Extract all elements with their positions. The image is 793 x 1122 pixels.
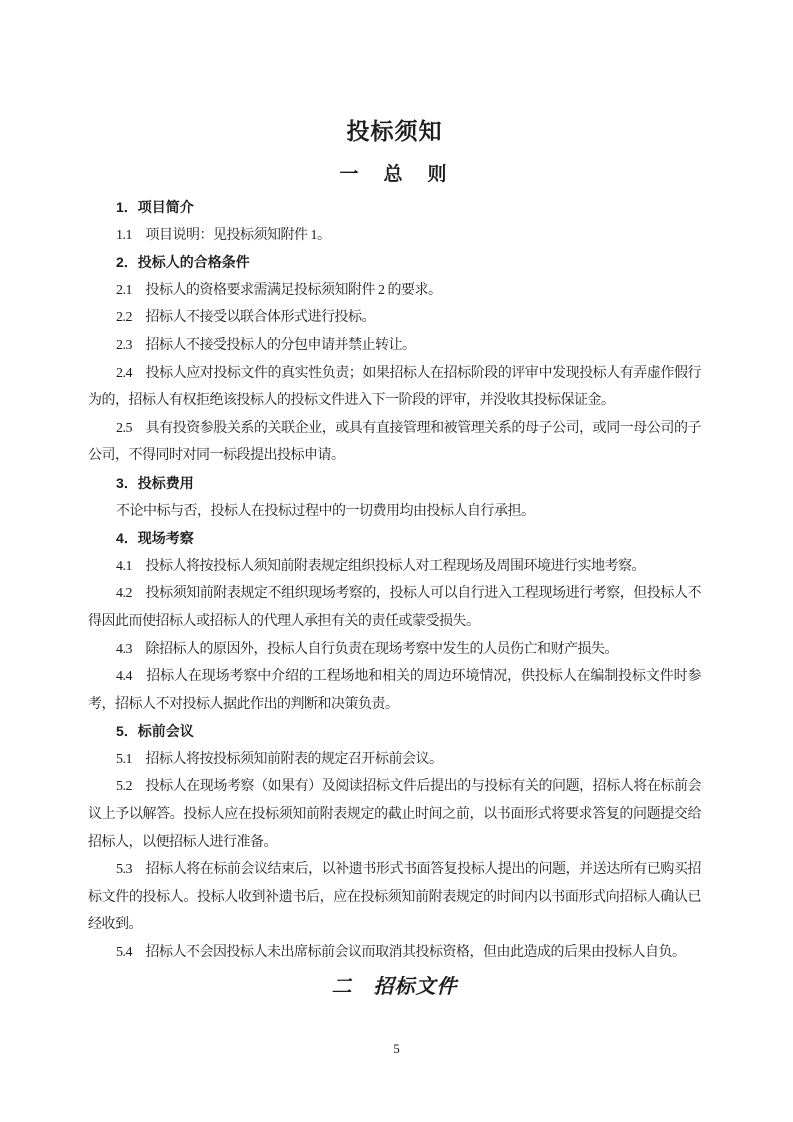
clause-4-2: 4.2 投标须知前附表规定不组织现场考察的，投标人可以自行进入工程现场进行考察，…: [88, 580, 701, 635]
clause-4-4: 4.4 招标人在现场考察中介绍的工程场地和相关的周边环境情况，供投标人在编制投标…: [88, 663, 701, 718]
document-page: 投标须知 一 总 则 1．项目简介 1.1 项目说明：见投标须知附件 1。 2．…: [0, 0, 793, 1122]
clause-3-text: 不论中标与否，投标人在投标过程中的一切费用均由投标人自行承担。: [88, 498, 701, 526]
clause-4-1: 4.1 投标人将按投标人须知前附表规定组织投标人对工程现场及周围环境进行实地考察…: [88, 553, 701, 581]
clause-2-3: 2.3 招标人不接受投标人的分包申请并禁止转让。: [88, 332, 701, 360]
clause-5-1: 5.1 招标人将按投标须知前附表的规定召开标前会议。: [88, 746, 701, 774]
clause-4-3: 4.3 除招标人的原因外，投标人自行负责在现场考察中发生的人员伤亡和财产损失。: [88, 636, 701, 664]
clause-5-2: 5.2 投标人在现场考察（如果有）及阅读招标文件后提出的与投标有关的问题，招标人…: [88, 773, 701, 856]
part-one-heading: 一 总 则: [88, 162, 701, 188]
clause-2-2: 2.2 招标人不接受以联合体形式进行投标。: [88, 304, 701, 332]
clause-5-4: 5.4 招标人不会因投标人未出席标前会议而取消其投标资格，但由此造成的后果由投标…: [88, 939, 701, 967]
section-heading-5: 5．标前会议: [88, 718, 701, 746]
section-heading-4: 4．现场考察: [88, 525, 701, 553]
page-number: 5: [0, 1040, 793, 1058]
clause-1-1: 1.1 项目说明：见投标须知附件 1。: [88, 222, 701, 250]
section-heading-1: 1．项目简介: [88, 194, 701, 222]
clause-5-3: 5.3 招标人将在标前会议结束后，以补遗书形式书面答复投标人提出的问题，并送达所…: [88, 856, 701, 939]
document-body: 1．项目简介 1.1 项目说明：见投标须知附件 1。 2．投标人的合格条件 2.…: [88, 194, 701, 967]
clause-2-4: 2.4 投标人应对投标文件的真实性负责；如果招标人在招标阶段的评审中发现投标人有…: [88, 360, 701, 415]
part-two-heading: 二 招标文件: [88, 973, 701, 1001]
document-title: 投标须知: [88, 116, 701, 146]
section-heading-2: 2．投标人的合格条件: [88, 249, 701, 277]
section-heading-3: 3．投标费用: [88, 470, 701, 498]
clause-2-5: 2.5 具有投资参股关系的关联企业，或具有直接管理和被管理关系的母子公司，或同一…: [88, 415, 701, 470]
clause-2-1: 2.1 投标人的资格要求需满足投标须知附件 2 的要求。: [88, 277, 701, 305]
